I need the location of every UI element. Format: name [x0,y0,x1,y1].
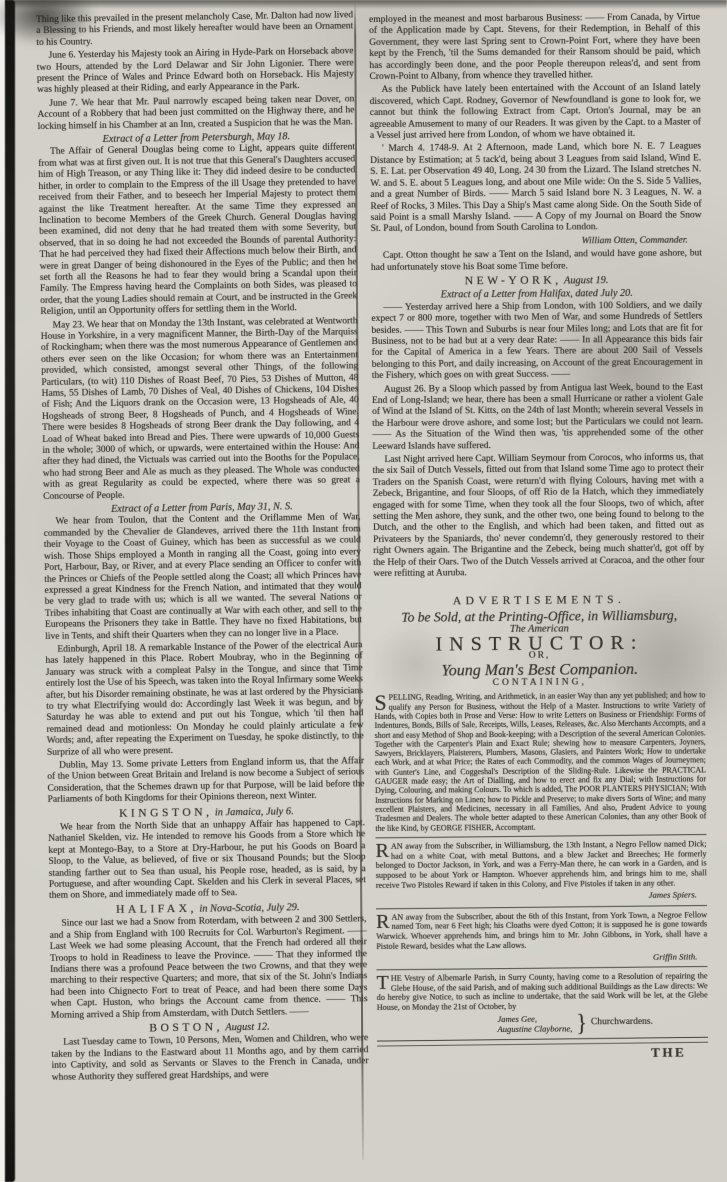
section-dateline-new-york: NEW-YORK, August 19. [371,273,702,289]
news-paragraph: June 7. We hear that Mr. Paul narrowly e… [37,94,354,133]
news-paragraph: —— Yesterday arrived here a Ship from Lo… [371,300,703,382]
vestry-signatory: Augustine Clayborne, [497,1023,572,1034]
news-paragraph: We hear from Toulon, that the Content an… [43,513,362,643]
churchwardens-brace: } [576,1017,587,1030]
newspaper-page-scan: Thing like this prevailed in the present… [0,0,727,1182]
news-paragraph: August 26. By a Sloop which passed by fr… [372,382,704,453]
section-rule [376,905,707,909]
dateline-city: HALIFAX, [116,902,197,916]
scan-corner-shadow [0,0,98,46]
section-rule [376,966,707,970]
vestry-notice: THE Vestry of Albemarle Parish, in Surry… [377,971,708,1012]
scan-left-edge [5,0,15,1182]
left-column: Thing like this prevailed in the present… [36,10,370,1165]
dateline-city: KINGSTON, [119,805,213,819]
news-paragraph: June 6. Yesterday his Majesty took an Ai… [37,47,355,97]
news-paragraph: Edinburgh, April 18. A remarkable Instan… [45,640,364,759]
journal-extract: ' March 4. 1748-9. At 2 Afternoon, made … [370,142,702,236]
ad-signature: James Spiers. [376,890,707,904]
vestry-signature-block: James Gee, Augustine Clayborne, } Church… [377,1012,708,1035]
news-paragraph: Last Night arrived here Capt. William Se… [372,452,704,580]
vestry-signatory: James Gee, [497,1013,572,1024]
dateline-date: August 12. [225,1022,270,1034]
dateline-date: August 19. [564,275,609,286]
dateline-city: BOSTON, [149,1020,223,1034]
vestry-signatories: James Gee, Augustine Clayborne, [497,1013,572,1034]
news-paragraph: Since our last we had a Snow from Roterd… [49,914,367,1021]
news-paragraph: Last Tuesday came to Town, 10 Persons, M… [51,1034,369,1084]
dateline-date: in Nova-Scotia, July 29. [199,902,299,914]
ad-signature: Griffin Stith. [376,951,707,965]
book-containing-line: CONTAINING, [374,676,705,690]
scan-top-edge [0,0,727,9]
runaway-ad: RAN away from the Subscriber, in William… [375,839,706,890]
churchwardens-label: Churchwardens. [591,1017,653,1029]
journal-signature: William Otten, Commander. [371,235,702,249]
news-paragraph: Capt. Otton thought he saw a Tent on the… [371,249,702,274]
section-rule [375,834,706,838]
news-paragraph: Dublin, May 13. Some private Letters fro… [47,756,365,806]
ad-sold-at-printing-office-line: To be Sold, at the Printing-Office, in W… [374,609,705,623]
news-paragraph: We hear from the North Side that an unha… [48,818,366,903]
dateline-city: NEW-YORK, [465,273,562,287]
dateline-date: in Jamaica, July 6. [215,806,294,818]
news-paragraph: May 23. We hear that on Monday the 13th … [41,316,361,503]
advertisements-heading: ADVERTISEMENTS. [374,594,705,608]
catchword: THE [377,1046,708,1060]
book-subtitle: Young Man's Best Companion. [374,663,705,677]
news-paragraph: The Affair of General Douglas being come… [38,143,358,319]
right-column: employed in the meanest and most barbaro… [369,12,709,1175]
news-paragraph: As the Publick have lately been entertai… [370,83,701,143]
news-paragraph: employed in the meanest and most barbaro… [369,12,701,83]
book-description: SPELLING, Reading, Writing, and Arithmet… [374,691,706,833]
runaway-ad: RAN away from the Subscriber, about the … [376,910,707,951]
